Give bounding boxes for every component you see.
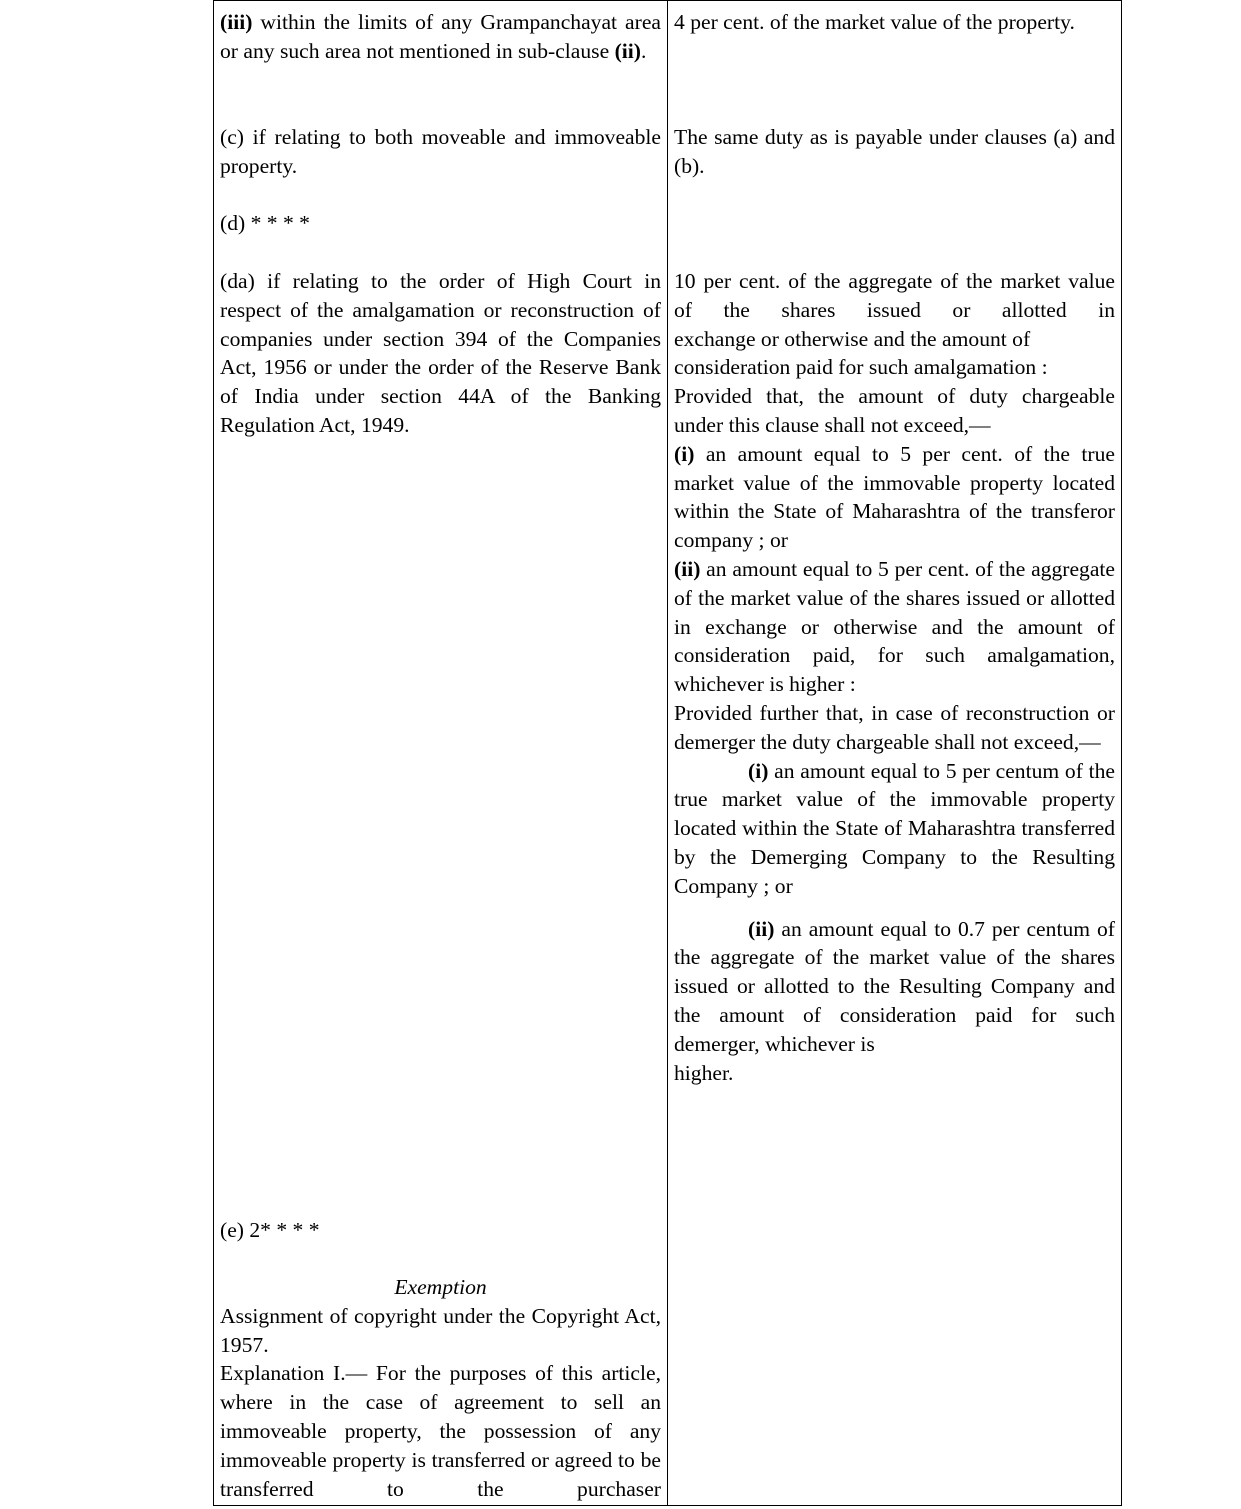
clause-e: (e) 2* * * * [220,1216,661,1245]
clause-d-text: (d) * * * * [220,209,661,238]
clause-d: (d) * * * * [220,209,661,238]
item-text: an amount equal to 5 per centum of the t… [674,759,1115,898]
duty-column: 4 per cent. of the market value of the p… [668,1,1121,1505]
clause-c: (c) if relating to both moveable and imm… [220,123,661,181]
clause-text: within the limits of any Grampanchayat a… [220,10,661,63]
exemption-heading: Exemption [220,1273,661,1302]
proviso-2-ii: (ii) an amount equal to 0.7 per centum o… [674,915,1115,1059]
duty-c-text: The same duty as is payable under clause… [674,123,1115,181]
duty-da-line: consideration paid for such amalgamation… [674,353,1115,382]
proviso-2-ii-end: higher. [674,1059,1115,1088]
duty-c: The same duty as is payable under clause… [674,123,1115,181]
clause-iii: (iii) within the limits of any Grampanch… [220,8,661,66]
item-number: (i) [748,759,768,783]
clause-number: (iii) [220,10,252,34]
clause-da: (da) if relating to the order of High Co… [220,267,661,440]
proviso-2-i: (i) an amount equal to 5 per centum of t… [674,757,1115,901]
item-number: (ii) [674,557,700,581]
instrument-column: (iii) within the limits of any Grampanch… [214,1,668,1505]
duty-iii-text: 4 per cent. of the market value of the p… [674,8,1115,37]
duty-da-line: exchange or otherwise and the amount of [674,325,1115,354]
item-number: (ii) [748,917,774,941]
stamp-duty-table: (iii) within the limits of any Grampanch… [213,0,1122,1506]
proviso-1-i: (i) an amount equal to 5 per cent. of th… [674,440,1115,555]
duty-da-line: 10 per cent. of the aggregate of the mar… [674,267,1115,325]
duty-iii: 4 per cent. of the market value of the p… [674,8,1115,37]
exemption-text: Assignment of copyright under the Copyri… [220,1302,661,1360]
exemption-section: Exemption Assignment of copyright under … [220,1273,661,1503]
clause-e-text: (e) 2* * * * [220,1216,661,1245]
proviso-1-ii: (ii) an amount equal to 5 per cent. of t… [674,555,1115,699]
item-number: (i) [674,442,694,466]
proviso-2: Provided further that, in case of recons… [674,699,1115,757]
explanation-text: Explanation I.— For the purposes of this… [220,1359,661,1503]
proviso-1: Provided that, the amount of duty charge… [674,382,1115,440]
clause-ref: (ii) [615,39,641,63]
item-text: an amount equal to 5 per cent. of the ag… [674,557,1115,696]
item-text: an amount equal to 0.7 per centum of the… [674,917,1115,1056]
duty-da: 10 per cent. of the aggregate of the mar… [674,267,1115,1087]
clause-da-text: (da) if relating to the order of High Co… [220,267,661,440]
item-text: an amount equal to 5 per cent. of the tr… [674,442,1115,552]
clause-end: . [641,39,646,63]
clause-c-text: (c) if relating to both moveable and imm… [220,123,661,181]
